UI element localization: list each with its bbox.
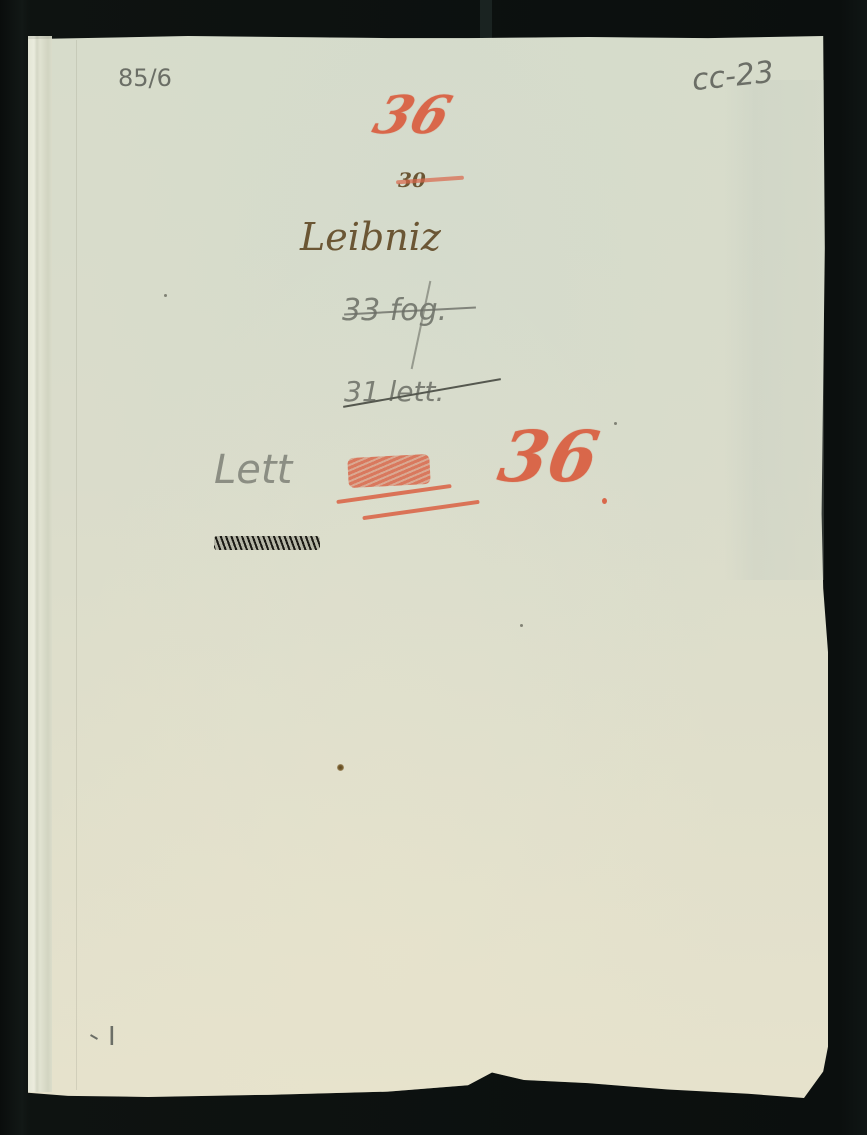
paper-fold-line: [76, 40, 77, 1090]
shelfmark-top-left: 85/6: [118, 66, 172, 90]
letter-count-label: Lett: [214, 450, 292, 490]
foxing-spot: [337, 764, 344, 771]
folio-number-main: 36: [494, 422, 604, 492]
scan-background-band: [480, 0, 492, 40]
shelfmark-top-right: cc-23: [691, 58, 776, 96]
black-ink-scribble: [214, 536, 320, 550]
foxing-spot: [520, 624, 523, 627]
quire-mark: I: [108, 1024, 116, 1050]
paper-leaf: [28, 36, 828, 1098]
red-crayon-scribble: [347, 454, 430, 488]
red-period: [602, 498, 607, 504]
paper-fold-margin: [28, 36, 52, 1092]
author-name: Leibniz: [300, 218, 441, 256]
paper-shading-strip: [724, 80, 824, 580]
foxing-spot: [614, 422, 617, 425]
foxing-spot: [164, 294, 167, 297]
